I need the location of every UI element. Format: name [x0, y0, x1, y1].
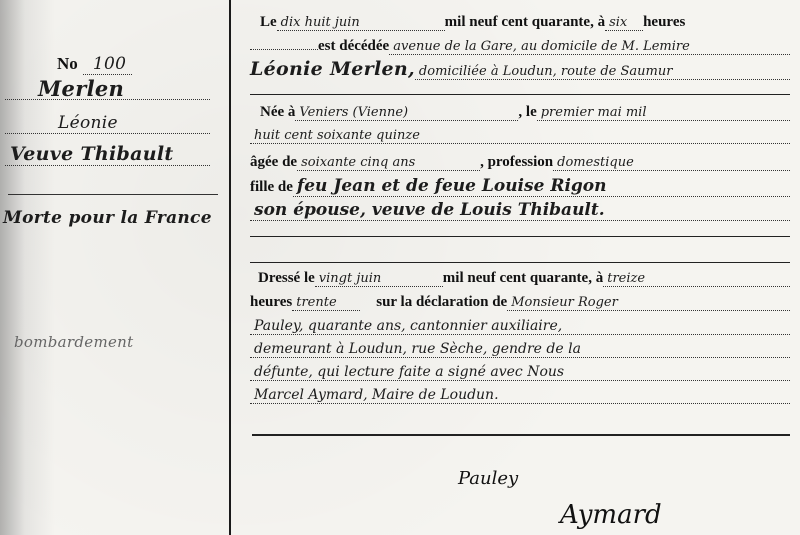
- reading-statement: défunte, qui lecture faite a signé avec …: [250, 364, 790, 381]
- label-le: Le: [260, 14, 277, 31]
- age-value: soixante cinq ans: [297, 155, 480, 171]
- margin-divider: [229, 0, 231, 535]
- record-number-value: 100: [83, 54, 132, 75]
- parents-names: feu Jean et de feue Louise Rigon: [293, 176, 790, 197]
- birth-line-4: fille de feu Jean et de feue Louise Rigo…: [250, 176, 790, 197]
- death-place: avenue de la Gare, au domicile de M. Lem…: [389, 39, 790, 55]
- record-number-label: No: [57, 54, 78, 73]
- birth-place: Veniers (Vienne): [295, 105, 518, 121]
- death-hour: six: [605, 15, 643, 31]
- margin-mention-mort-pour-la-france: Morte pour la France: [3, 208, 212, 228]
- margin-surname: Merlen: [38, 76, 124, 101]
- record-date: vingt juin: [315, 271, 443, 287]
- label-agee-de: âgée de: [250, 154, 297, 171]
- deceased-name: Léonie Merlen,: [250, 58, 415, 80]
- birth-line-3: âgée de soixante cinq ans , profession d…: [250, 154, 790, 171]
- label-fille-de: fille de: [250, 179, 293, 196]
- birth-line-1: Née à Veniers (Vienne) , le premier mai …: [250, 104, 790, 121]
- death-line-1: Le dix huit juin mil neuf cent quarante,…: [250, 14, 790, 31]
- label-profession: , profession: [480, 154, 553, 171]
- label-year: mil neuf cent quarante, à: [445, 14, 605, 31]
- margin-widow-of: Veuve Thibault: [10, 143, 173, 165]
- civil-register-page: No 100 Merlen Léonie Veuve Thibault Mort…: [0, 0, 800, 535]
- signature-mayor: Aymard: [560, 500, 662, 530]
- label-le-birth: , le: [518, 104, 536, 121]
- birth-line-5: son épouse, veuve de Louis Thibault.: [250, 200, 790, 221]
- declarant-name: Monsieur Roger: [507, 295, 790, 311]
- record-line-3: Pauley, quarante ans, cantonnier auxilia…: [250, 318, 790, 335]
- label-heure: heures: [643, 14, 685, 31]
- label-record-year: mil neuf cent quarante, à: [443, 270, 603, 287]
- label-est-decede: est décédée: [318, 38, 389, 55]
- spouse-line: son épouse, veuve de Louis Thibault.: [250, 200, 790, 221]
- margin-first-name: Léonie: [58, 113, 118, 133]
- margin-cause-note: bombardement: [14, 333, 133, 351]
- signature-declarant: Pauley: [458, 468, 518, 489]
- record-line-2: heures trente sur la déclaration de Mons…: [250, 294, 790, 311]
- label-record-heure: heures: [250, 294, 292, 311]
- death-date: dix huit juin: [277, 15, 445, 31]
- birth-line-2: huit cent soixante quinze: [250, 128, 790, 144]
- birth-date-part1: premier mai mil: [537, 105, 790, 121]
- label-nee-a: Née à: [260, 104, 295, 121]
- record-line-6: Marcel Aymard, Maire de Loudun.: [250, 387, 790, 404]
- death-line-2: est décédée avenue de la Gare, au domici…: [250, 38, 790, 55]
- record-minutes: trente: [292, 295, 360, 311]
- label-dresse-le: Dressé le: [258, 270, 315, 287]
- record-number: No 100: [57, 54, 132, 74]
- death-line-3: Léonie Merlen, domiciliée à Loudun, rout…: [250, 58, 790, 80]
- birth-date-part2: huit cent soixante quinze: [250, 128, 790, 144]
- mayor-name: Marcel Aymard, Maire de Loudun.: [250, 387, 790, 404]
- deceased-domicile: domiciliée à Loudun, route de Saumur: [415, 64, 790, 80]
- declarant-details: Pauley, quarante ans, cantonnier auxilia…: [250, 318, 790, 335]
- profession-value: domestique: [553, 155, 790, 171]
- record-line-4: demeurant à Loudun, rue Sèche, gendre de…: [250, 341, 790, 358]
- record-hour: treize: [603, 271, 790, 287]
- declarant-residence: demeurant à Loudun, rue Sèche, gendre de…: [250, 341, 790, 358]
- record-line-1: Dressé le vingt juin mil neuf cent quara…: [250, 270, 790, 287]
- record-line-5: défunte, qui lecture faite a signé avec …: [250, 364, 790, 381]
- label-declaration: sur la déclaration de: [376, 294, 507, 311]
